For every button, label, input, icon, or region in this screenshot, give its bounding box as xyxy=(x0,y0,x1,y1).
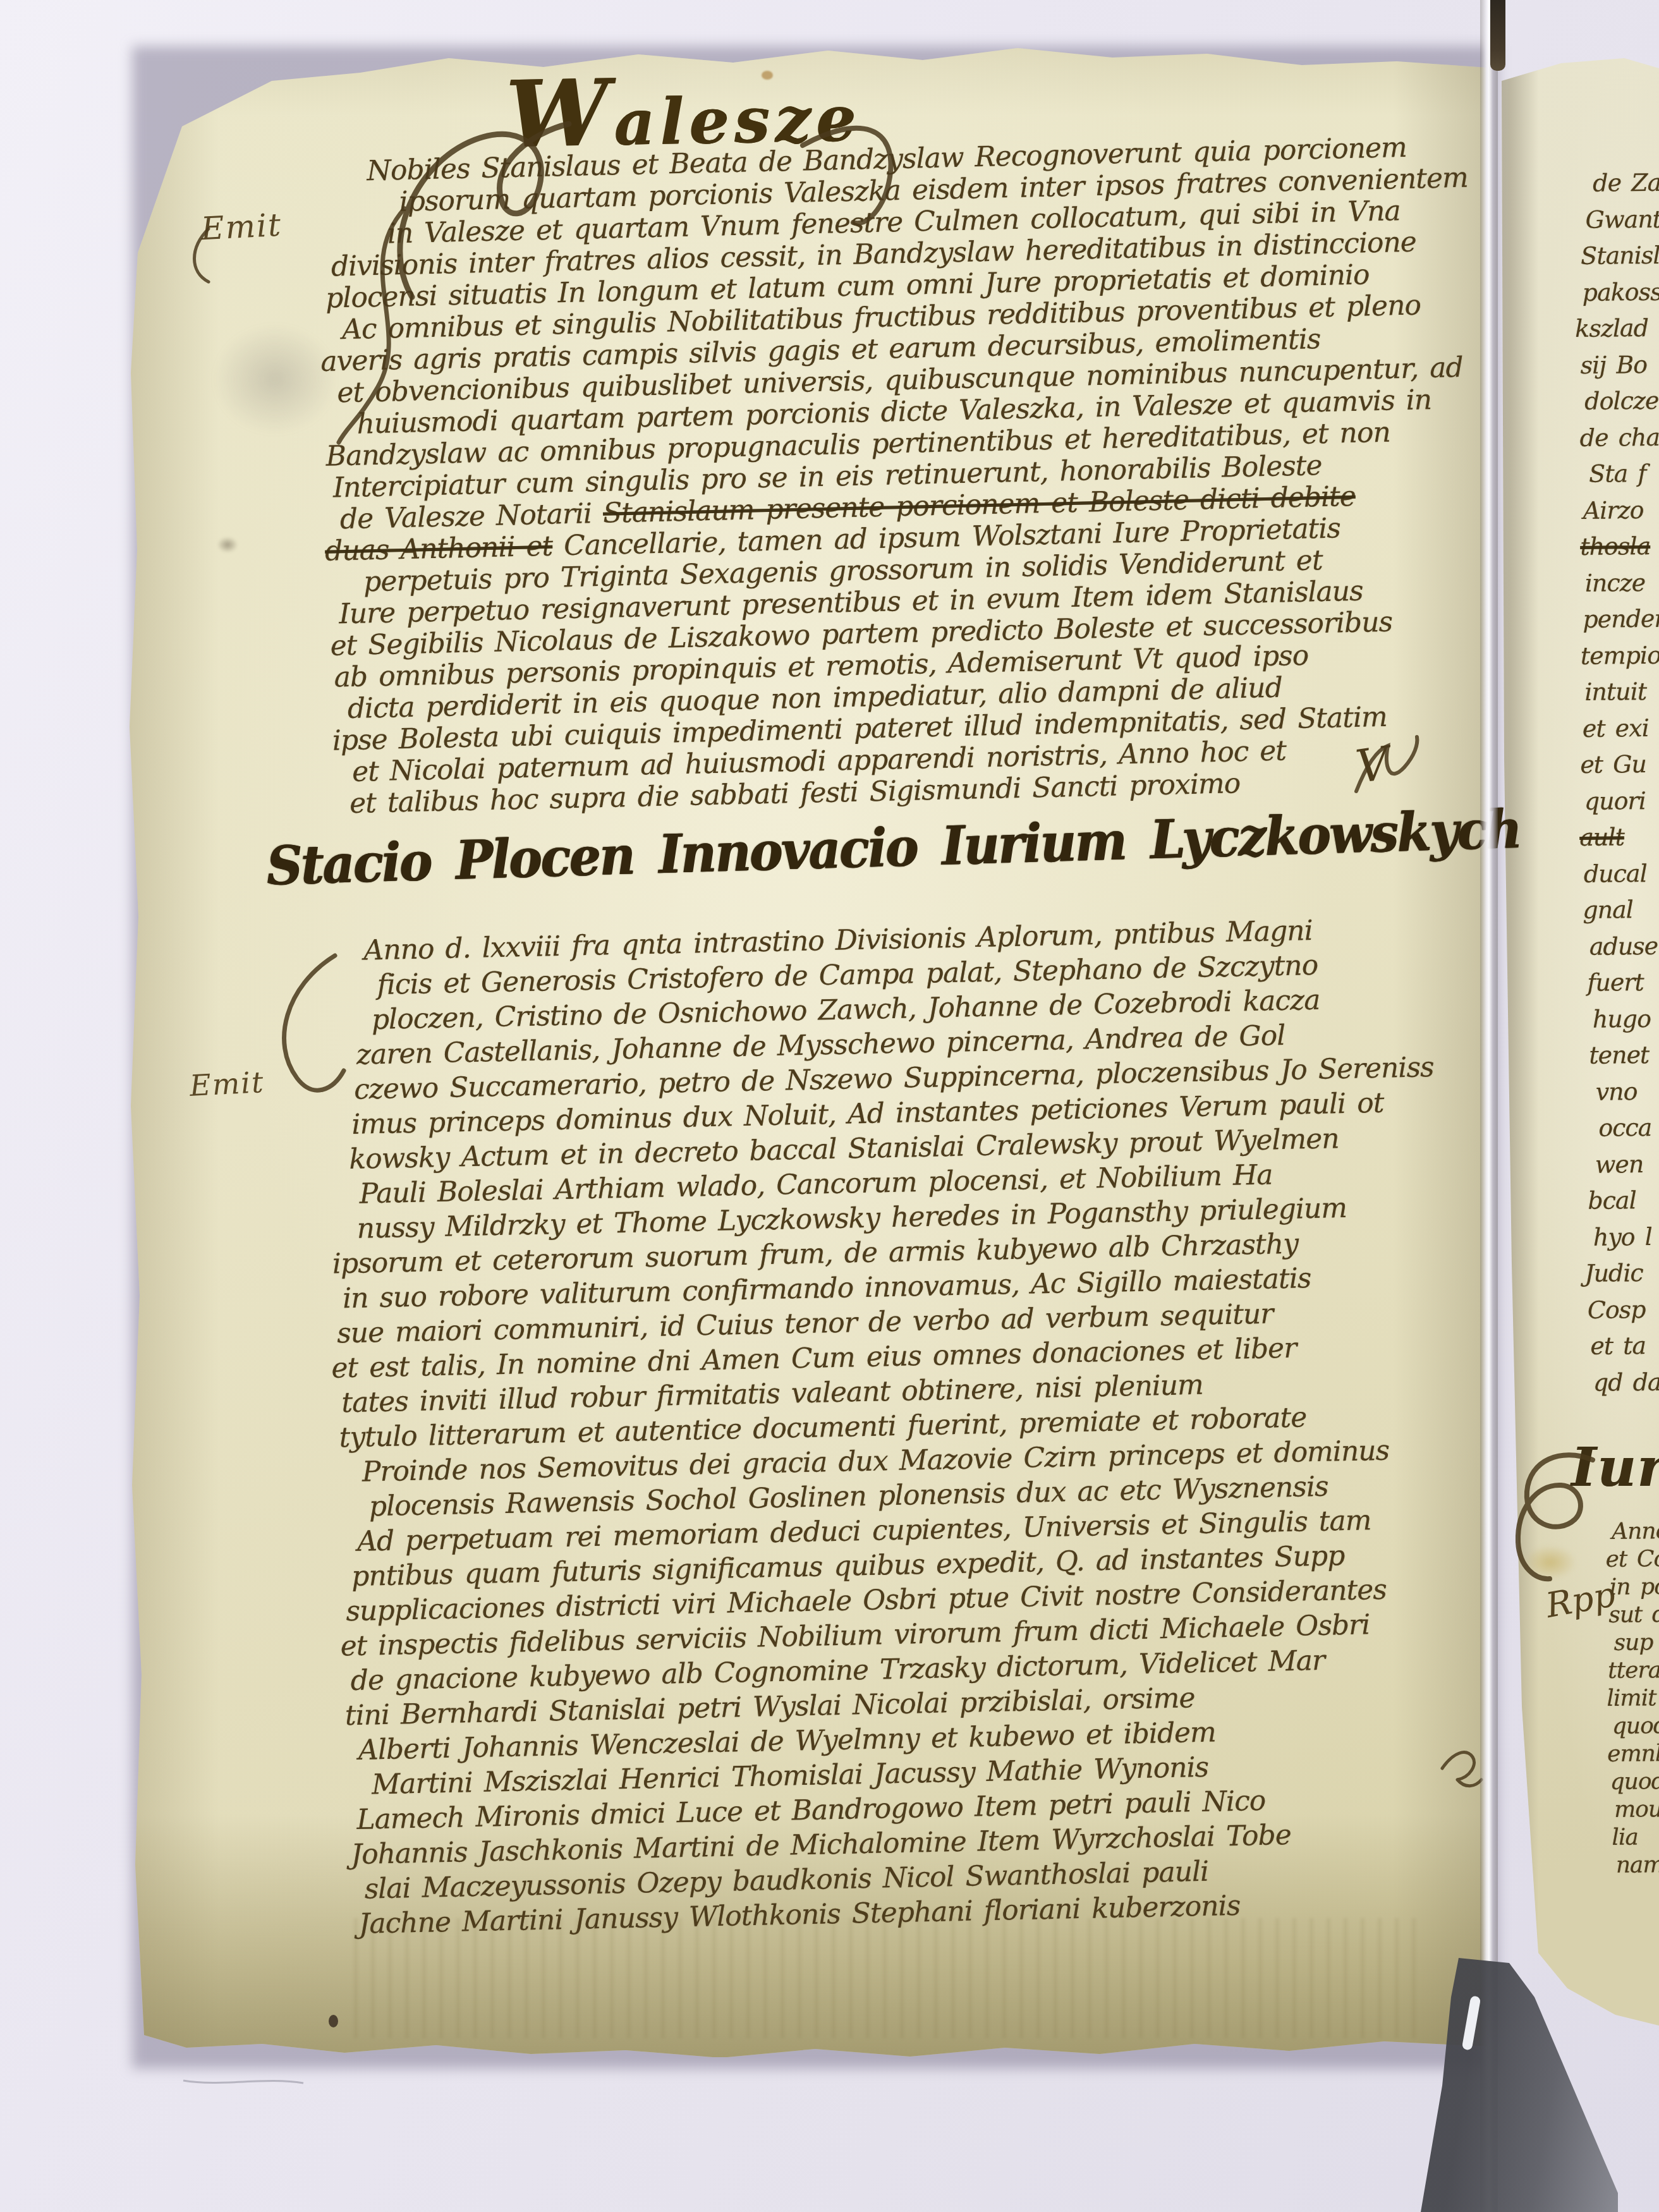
text-line-fragment: sup v xyxy=(1614,1629,1659,1657)
line-text: pakoss xyxy=(1583,277,1659,306)
text-line-fragment: hugo xyxy=(1593,1000,1659,1038)
line-text: sup v xyxy=(1614,1629,1659,1656)
line-text: pender xyxy=(1583,605,1659,633)
line-text: quod xyxy=(1610,1768,1659,1795)
text-line-fragment: quod xyxy=(1612,1712,1659,1741)
line-text: emnl xyxy=(1607,1741,1659,1767)
text-line-fragment: de cha xyxy=(1580,419,1659,456)
spine-rod xyxy=(1490,0,1505,71)
line-text: tenet xyxy=(1589,1041,1649,1069)
text-line-fragment: lia xyxy=(1612,1823,1659,1852)
line-text: occa xyxy=(1598,1114,1651,1142)
line-text: bcal xyxy=(1588,1186,1636,1215)
line-text: Sta f xyxy=(1589,459,1646,488)
text-line-fragment: quod xyxy=(1610,1768,1659,1796)
text-line-fragment: kszlad xyxy=(1575,310,1659,348)
line-text: et Conf xyxy=(1605,1546,1659,1572)
line-text: Judic xyxy=(1584,1259,1643,1287)
struck-text: ault xyxy=(1579,823,1624,851)
line-text: de cha xyxy=(1580,423,1659,451)
text-line-fragment: emnl xyxy=(1607,1740,1659,1768)
text-line-fragment: ttera xyxy=(1608,1656,1659,1685)
text-line-fragment: de Zak xyxy=(1593,165,1659,202)
text-line-fragment: qd da xyxy=(1593,1364,1659,1401)
text-line-fragment: occa xyxy=(1598,1110,1659,1147)
text-line-fragment: Airzo xyxy=(1583,492,1659,529)
facing-page-fragments-upper: de Zak Gwant Stanisl pakoss kszlad sij B… xyxy=(1574,165,1659,1401)
line-text: gnal xyxy=(1583,896,1633,924)
text-line-fragment: tempio xyxy=(1581,637,1659,674)
text-line-fragment: mou xyxy=(1614,1796,1659,1824)
facing-page-fragments-lower: Anno et Conf in pos sut do sup v ttera l… xyxy=(1605,1517,1659,1880)
text-line-fragment: et ta xyxy=(1590,1328,1659,1365)
line-text: kszlad xyxy=(1575,314,1648,343)
glass-edge-strip xyxy=(1480,0,1498,2212)
line-text: Stanisl xyxy=(1581,241,1659,270)
text-line-fragment: incze xyxy=(1585,564,1659,602)
line-text: Anno xyxy=(1612,1518,1659,1545)
text-line-fragment: sij Bo xyxy=(1581,346,1659,384)
text-line-fragment: Judic xyxy=(1584,1255,1659,1292)
line-text: wen xyxy=(1595,1150,1644,1179)
line-text: sut do xyxy=(1608,1601,1659,1628)
line-text: mou xyxy=(1614,1796,1659,1823)
manuscript-scan: Walesze Emit Nobiles Stanislaus et Beata… xyxy=(0,0,1659,2212)
line-text: Airzo xyxy=(1583,496,1644,525)
text-line-fragment: Stanisl xyxy=(1581,238,1659,275)
line-text: hugo xyxy=(1593,1004,1651,1033)
line-text: intuit xyxy=(1584,678,1646,706)
line-text: nam xyxy=(1616,1852,1659,1878)
text-line-fragment: dolcze xyxy=(1584,383,1659,420)
line-text: hyo l xyxy=(1593,1222,1652,1251)
text-line-fragment: Cosp xyxy=(1588,1291,1659,1328)
text-line-fragment: intuit xyxy=(1584,674,1659,711)
text-line-fragment: thosla xyxy=(1580,528,1659,566)
line-text: qd da xyxy=(1593,1368,1659,1396)
line-text: Gwant xyxy=(1586,205,1659,233)
text-line-fragment: wen xyxy=(1595,1146,1659,1183)
text-line-fragment: Sta f xyxy=(1589,456,1659,493)
text-line-fragment: Gwant xyxy=(1586,201,1659,238)
line-text: tempio xyxy=(1581,641,1659,669)
entry2-text-block: Anno d. lxxviii fra qnta intrastino Divi… xyxy=(316,911,1452,1942)
text-line-fragment: ducal xyxy=(1584,855,1659,892)
text-line-fragment: sut do xyxy=(1608,1601,1659,1629)
line-text: et Gu xyxy=(1580,750,1646,779)
text-line-fragment: et exi xyxy=(1583,710,1659,747)
line-text: quori xyxy=(1584,787,1646,815)
text-line-fragment: et Gu xyxy=(1580,746,1659,784)
line-text: limit xyxy=(1607,1685,1656,1711)
text-line-fragment: aduse xyxy=(1589,928,1659,965)
line-text: fuert xyxy=(1587,968,1644,997)
text-line-fragment: vno xyxy=(1596,1073,1659,1110)
text-line-fragment: ault xyxy=(1579,819,1659,856)
line-text: et exi xyxy=(1583,714,1649,742)
text-line-fragment: et Conf xyxy=(1605,1545,1659,1574)
text-line-fragment: pakoss xyxy=(1583,274,1659,311)
text-line-fragment: bcal xyxy=(1588,1182,1659,1220)
line-text: ttera xyxy=(1608,1657,1659,1684)
text-line-fragment: Anno xyxy=(1612,1517,1659,1546)
line-text: sij Bo xyxy=(1581,350,1648,379)
line-text: Cosp xyxy=(1588,1296,1646,1324)
text-line-fragment: quori xyxy=(1584,782,1659,820)
text-line-fragment: fuert xyxy=(1587,964,1659,1002)
line-text: et ta xyxy=(1590,1332,1646,1360)
struck-text: thosla xyxy=(1580,532,1650,561)
line-text: lia xyxy=(1612,1825,1638,1850)
line-text: aduse xyxy=(1589,932,1658,960)
facing-page-heading: Iura xyxy=(1571,1436,1659,1498)
line-text: ducal xyxy=(1584,860,1647,888)
text-line-fragment: gnal xyxy=(1583,892,1659,929)
pencil-scratch xyxy=(183,2081,303,2083)
text-line-fragment: in pos xyxy=(1610,1573,1659,1601)
line-text: quod xyxy=(1612,1713,1659,1739)
line-text: vno xyxy=(1596,1078,1638,1106)
line-text: de Zak xyxy=(1593,169,1659,197)
text-line-fragment: nam xyxy=(1616,1851,1659,1880)
text-line-fragment: limit xyxy=(1607,1684,1659,1713)
text-line-fragment: tenet xyxy=(1589,1037,1659,1074)
text-line-fragment: hyo l xyxy=(1593,1218,1659,1256)
line-text: incze xyxy=(1585,569,1646,597)
margin-note: Emit xyxy=(200,207,283,248)
line-text: in pos xyxy=(1610,1574,1659,1600)
entry1-text-block: Nobiles Stanislaus et Beata de Bandzysla… xyxy=(316,131,1482,820)
line-text: dolcze xyxy=(1584,387,1659,415)
text-line-fragment: pender xyxy=(1583,601,1659,638)
margin-note: Emit xyxy=(189,1065,265,1103)
